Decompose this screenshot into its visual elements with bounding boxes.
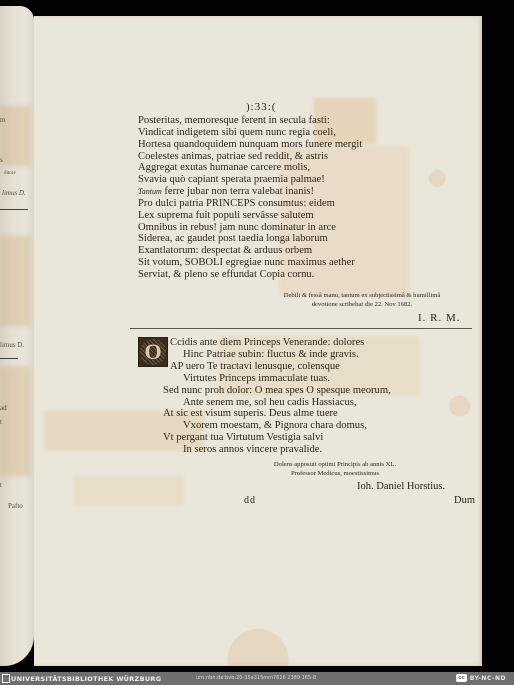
- decorated-initial: O: [138, 337, 168, 367]
- page-content: ):33:( Posteritas, memoresque ferent in …: [34, 16, 482, 666]
- dedication-line: Dolens apposuit optimi Principis ab anni…: [260, 461, 410, 470]
- poem-line: At sic est visum superis. Deus alme tuer…: [163, 408, 391, 420]
- poem-line: AP uero Te tractavi lenusque, colensque: [170, 361, 391, 373]
- poem-line: Vt pergant tua Virtutum Vestigia salvi: [163, 432, 391, 444]
- poem-line: Hortesa quandoquidem nunquam mors funere…: [138, 139, 362, 151]
- left-rule: [0, 209, 28, 210]
- left-rule: [0, 358, 18, 359]
- poem-second: Ccidis ante diem Princeps Venerande: dol…: [170, 337, 391, 456]
- poem-line: Vxorem moestam, & Pignora chara domus,: [170, 420, 391, 432]
- poem-line: Svavia quò capiant sperata praemia palma…: [138, 174, 362, 186]
- poem-line: Virtutes Princeps immaculate tuas.: [170, 373, 391, 385]
- poem-line: Posteritas, memoresque ferent in secula …: [138, 115, 362, 127]
- poem-first: Posteritas, memoresque ferent in secula …: [138, 115, 362, 281]
- poem-line-text: ferre jubar non terra valebat inanis!: [164, 186, 314, 197]
- poem-line: Omnibus in rebus! jam nunc dominatur in …: [138, 222, 362, 234]
- document-page: ):33:( Posteritas, memoresque ferent in …: [34, 16, 482, 666]
- poem-line: Coelestes animas, patriae sed reddit, & …: [138, 151, 362, 163]
- poem-line: Pro dulci patria PRINCEPS consumtus: eid…: [138, 198, 362, 210]
- page-number: ):33:(: [246, 101, 276, 113]
- institution-name: UNIVERSITÄTSBIBLIOTHEK WÜRZBURG: [11, 675, 161, 683]
- dedication-line: Debili & fessâ manu, tantum ex subjectis…: [262, 292, 462, 301]
- logo-mark-icon: [2, 674, 10, 683]
- signature-mark: dd: [244, 495, 256, 506]
- decorated-initial-letter: O: [140, 339, 166, 365]
- dedication-second: Dolens apposuit optimi Principis ab anni…: [260, 461, 410, 478]
- author-initials: I. R. M.: [418, 312, 461, 324]
- left-fragment: limus D.: [0, 341, 24, 349]
- poem-line: Lex suprema fuit populi servâsse salutem: [138, 210, 362, 222]
- left-fragment: s: [0, 156, 3, 164]
- dedication-first: Debili & fessâ manu, tantum ex subjectis…: [262, 292, 462, 309]
- stain: [0, 106, 30, 166]
- creative-commons-icon: cc: [456, 674, 467, 682]
- poem-line: Sed nunc proh dolor: O mea spes O spesqu…: [163, 385, 391, 397]
- left-fragment: limus D.: [2, 189, 26, 197]
- section-divider: [130, 328, 472, 329]
- dedication-line: devotione scribebat die 22. Nov 1682.: [262, 301, 462, 310]
- poem-line: Tantum ferre jubar non terra valebat ina…: [138, 186, 362, 198]
- poem-line: Vindicat indigetem sibi quem nunc regia …: [138, 127, 362, 139]
- dedication-line: Professor Medicus, moestissimus: [260, 470, 410, 479]
- left-facing-page: m s ditore limus D. limus D. ad t t Paft…: [0, 6, 34, 666]
- author-signature: Ioh. Daniel Horstius.: [357, 481, 445, 492]
- poem-line: Aggregat exutas humanae carcere molis,: [138, 162, 362, 174]
- footer-bar: UNIVERSITÄTSBIBLIOTHEK WÜRZBURG urn:nbn:…: [0, 672, 514, 685]
- italic-word: Tantum: [138, 187, 162, 196]
- license-label: BY-NC-ND: [470, 675, 506, 682]
- poem-line: Serviat, & pleno se effundat Copia cornu…: [138, 269, 362, 281]
- left-fragment: t: [0, 418, 2, 426]
- poem-line: Exantlatorum: despectat & arduus orbem: [138, 245, 362, 257]
- stain: [0, 366, 30, 476]
- institution-logo[interactable]: UNIVERSITÄTSBIBLIOTHEK WÜRZBURG: [2, 674, 161, 683]
- poem-line: Ccidis ante diem Princeps Venerande: dol…: [170, 337, 391, 349]
- left-fragment: ditore: [4, 171, 16, 176]
- left-fragment: Pafto: [8, 502, 23, 510]
- stain: [0, 236, 30, 326]
- poem-line: Sit votum, SOBOLI egregiae nunc maximus …: [138, 257, 362, 269]
- catchword: Dum: [454, 495, 475, 506]
- poem-line: Ante senem me, sol heu cadis Hassiacus,: [170, 397, 391, 409]
- left-fragment: t: [0, 481, 2, 489]
- left-fragment: ad: [0, 404, 7, 412]
- urn-identifier[interactable]: urn:nbn:de:bvb:20-35a315mm7616 2389 165-…: [196, 675, 316, 681]
- left-fragment: m: [0, 116, 5, 124]
- poem-line: In seros annos vincere pravalide.: [170, 444, 391, 456]
- poem-line: Hinc Patriae subin: fluctus & inde gravi…: [170, 349, 391, 361]
- poem-line: Siderea, ac gaudet post taedia longa lab…: [138, 233, 362, 245]
- license-link[interactable]: cc BY-NC-ND: [456, 674, 506, 682]
- document-viewer: m s ditore limus D. limus D. ad t t Paft…: [0, 0, 514, 672]
